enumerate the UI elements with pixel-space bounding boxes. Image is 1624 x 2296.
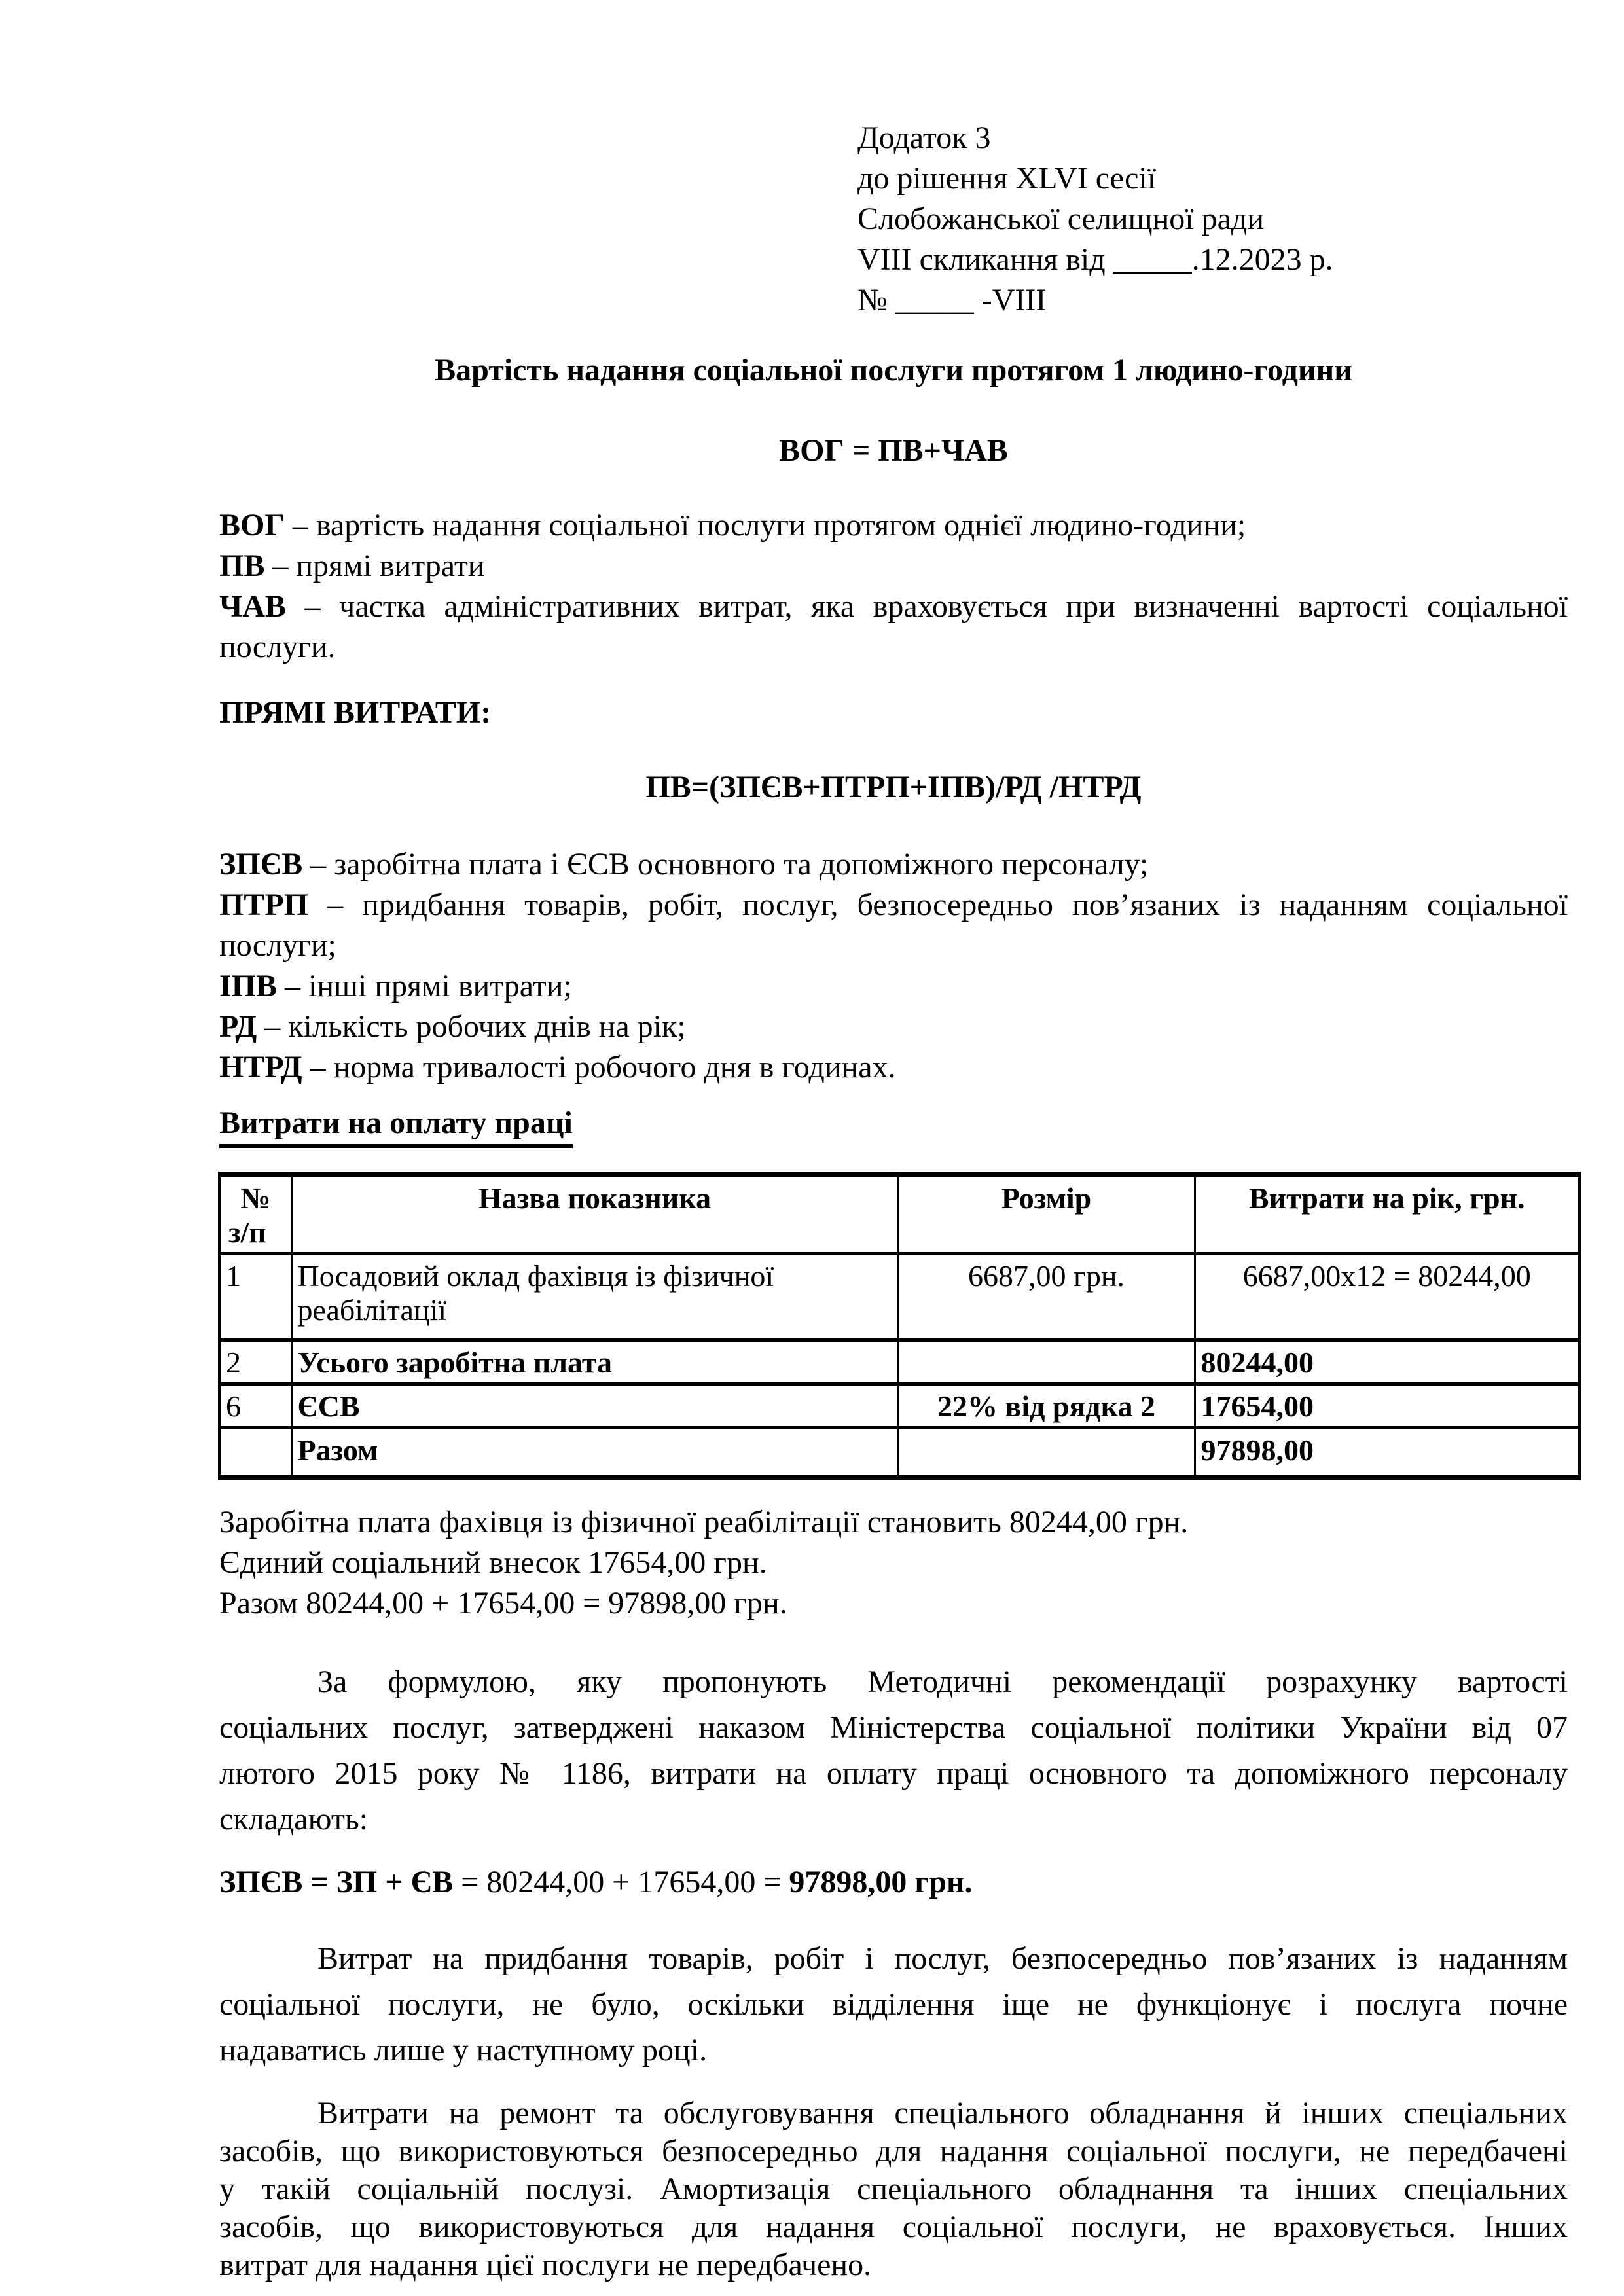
document-title: Вартість надання соціальної послуги прот… <box>219 350 1568 391</box>
header-cell-num: № з/п <box>219 1175 291 1254</box>
cell-row-num: 2 <box>219 1340 291 1384</box>
definition-text: – заробітна плата і ЄСВ основного та доп… <box>302 847 1148 882</box>
summary-line: Єдиний соціальний внесок 17654,00 грн. <box>219 1543 1568 1583</box>
definition-term: ЗПЄВ <box>219 847 302 882</box>
cell-year-value: 6687,00х12 = 80244,00 <box>1195 1254 1579 1340</box>
header-cell-name: Назва показника <box>291 1175 898 1254</box>
definition-line: НТРД – норма тривалості робочого дня в г… <box>219 1047 1568 1088</box>
formula-zpev-right: 97898,00 грн. <box>789 1865 972 1899</box>
paragraph-line: Витрат на придбання товарів, робіт і пос… <box>219 1936 1568 1982</box>
definition-line: ПВ – прямі витрати <box>219 546 1568 586</box>
paragraph-line: соціальної послуги, не було, оскільки ві… <box>219 1982 1568 2028</box>
paragraph-line: у такій соціальній послузі. Амортизація … <box>219 2170 1568 2208</box>
table-row: 2 Усього заробітна плата 80244,00 <box>219 1340 1579 1384</box>
paragraph-repair: Витрати на ремонт та обслуговування спец… <box>219 2094 1568 2284</box>
cell-indicator-name: Посадовий оклад фахівця із фізичної реаб… <box>291 1254 898 1340</box>
definition-text: – норма тривалості робочого дня в година… <box>302 1050 896 1085</box>
definition-line: ІПВ – інші прямі витрати; <box>219 966 1568 1007</box>
paragraph-methodology: За формулою, яку пропонують Методичні ре… <box>219 1659 1568 1842</box>
reference-line: VIII скликання від _____.12.2023 р. <box>857 240 1571 280</box>
definition-line: ЧАВ – частка адміністративних витрат, як… <box>219 586 1568 627</box>
cell-size-value <box>898 1340 1195 1384</box>
definition-term: ВОГ <box>219 508 285 543</box>
formula-zpev: ЗПЄВ = ЗП + ЄВ = 80244,00 + 17654,00 = 9… <box>219 1862 1568 1903</box>
definition-text: послуги; <box>219 928 336 963</box>
definition-line: ЗПЄВ – заробітна плата і ЄСВ основного т… <box>219 844 1568 885</box>
cell-year-value: 80244,00 <box>1195 1340 1579 1384</box>
header-num-symbol: № <box>226 1181 285 1215</box>
definition-term: ПВ <box>219 548 264 583</box>
definition-text: послуги. <box>219 630 336 664</box>
definition-text: – придбання товарів, робіт, послуг, безп… <box>308 888 1568 922</box>
cell-size-value: 22% від рядка 2 <box>898 1384 1195 1428</box>
reference-line: до рішення XLVI сесії <box>857 158 1571 199</box>
formula-vog: ВОГ = ПВ+ЧАВ <box>219 431 1568 471</box>
definition-text: – кількість робочих днів на рік; <box>257 1009 685 1044</box>
cell-year-value: 17654,00 <box>1195 1384 1579 1428</box>
paragraph-line: лютого 2015 року № 1186, витрати на опла… <box>219 1751 1568 1797</box>
formula-zpev-left: ЗПЄВ = ЗП + ЄВ <box>219 1865 453 1899</box>
table-row: 1 Посадовий оклад фахівця із фізичної ре… <box>219 1254 1579 1340</box>
paragraph-line: засобів, що використовуються безпосередн… <box>219 2132 1568 2170</box>
cell-indicator-name: Усього заробітна плата <box>291 1340 898 1384</box>
definition-term: РД <box>219 1009 257 1044</box>
document-page: Додаток 3 до рішення XLVI сесії Слобожан… <box>0 0 1624 2296</box>
heading-direct-expenses: ПРЯМІ ВИТРАТИ: <box>219 692 491 733</box>
definition-line: ПТРП – придбання товарів, робіт, послуг,… <box>219 885 1568 925</box>
salary-summary: Заробітна плата фахівця із фізичної реаб… <box>219 1502 1568 1624</box>
paragraph-line: витрат для надання цієї послуги не перед… <box>219 2246 1568 2284</box>
paragraph-line: Витрати на ремонт та обслуговування спец… <box>219 2094 1568 2132</box>
cell-size-value <box>898 1428 1195 1478</box>
decision-reference-block: Додаток 3 до рішення XLVI сесії Слобожан… <box>857 118 1571 321</box>
cell-size-value: 6687,00 грн. <box>898 1254 1195 1340</box>
definitions-pv: ЗПЄВ – заробітна плата і ЄСВ основного т… <box>219 844 1568 1088</box>
labor-costs-table: № з/п Назва показника Розмір Витрати на … <box>218 1172 1581 1480</box>
heading-labor-costs-text: Витрати на оплату праці <box>219 1105 573 1148</box>
definition-line: ВОГ – вартість надання соціальної послуг… <box>219 505 1568 546</box>
header-cell-year: Витрати на рік, грн. <box>1195 1175 1579 1254</box>
cell-row-num: 1 <box>219 1254 291 1340</box>
definition-line: послуги; <box>219 925 1568 966</box>
summary-line: Разом 80244,00 + 17654,00 = 97898,00 грн… <box>219 1583 1568 1624</box>
header-num-caption: з/п <box>226 1215 285 1249</box>
paragraph-no-goods: Витрат на придбання товарів, робіт і пос… <box>219 1936 1568 2073</box>
definition-text: – частка адміністративних витрат, яка вр… <box>286 589 1568 624</box>
table-total-row: Разом 97898,00 <box>219 1428 1579 1478</box>
definition-text: – вартість надання соціальної послуги пр… <box>285 508 1246 543</box>
reference-line: Додаток 3 <box>857 118 1571 158</box>
cell-row-num: 6 <box>219 1384 291 1428</box>
paragraph-line: надаватись лише у наступному році. <box>219 2028 1568 2073</box>
definition-text: – прямі витрати <box>264 548 484 583</box>
definition-term: ПТРП <box>219 888 308 922</box>
definition-text: – інші прямі витрати; <box>277 969 572 1003</box>
cell-indicator-name: Разом <box>291 1428 898 1478</box>
cell-row-num <box>219 1428 291 1478</box>
cell-year-value: 97898,00 <box>1195 1428 1579 1478</box>
paragraph-line: складають: <box>219 1797 1568 1842</box>
definition-term: ІПВ <box>219 969 277 1003</box>
definition-line: РД – кількість робочих днів на рік; <box>219 1007 1568 1047</box>
paragraph-line: засобів, що використовуються для надання… <box>219 2208 1568 2246</box>
definitions-vog: ВОГ – вартість надання соціальної послуг… <box>219 505 1568 668</box>
summary-line: Заробітна плата фахівця із фізичної реаб… <box>219 1502 1568 1543</box>
formula-zpev-middle: = 80244,00 + 17654,00 = <box>453 1865 789 1899</box>
cell-indicator-name: ЄСВ <box>291 1384 898 1428</box>
labor-costs-table-wrap: № з/п Назва показника Розмір Витрати на … <box>218 1172 1581 1480</box>
definition-line: послуги. <box>219 627 1568 668</box>
definition-term: НТРД <box>219 1050 302 1085</box>
heading-labor-costs: Витрати на оплату праці <box>219 1105 573 1151</box>
paragraph-line: соціальних послуг, затверджені наказом М… <box>219 1705 1568 1751</box>
header-cell-size: Розмір <box>898 1175 1195 1254</box>
reference-line: № _____ -VIII <box>857 280 1571 321</box>
table-row: 6 ЄСВ 22% від рядка 2 17654,00 <box>219 1384 1579 1428</box>
definition-term: ЧАВ <box>219 589 286 624</box>
paragraph-line: За формулою, яку пропонують Методичні ре… <box>219 1659 1568 1705</box>
reference-line: Слобожанської селищної ради <box>857 199 1571 240</box>
table-header-row: № з/п Назва показника Розмір Витрати на … <box>219 1175 1579 1254</box>
formula-pv: ПВ=(ЗПЄВ+ПТРП+ІПВ)/РД /НТРД <box>219 767 1568 808</box>
